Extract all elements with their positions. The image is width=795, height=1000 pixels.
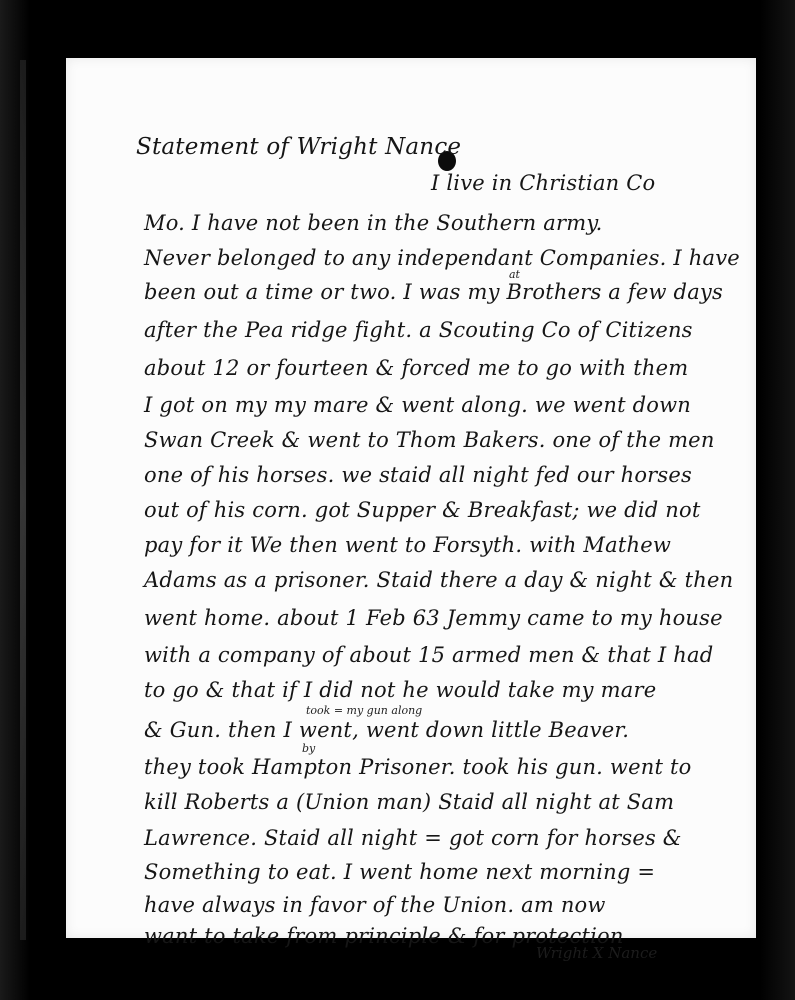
text-line-15: to go & that if I did not he would take …	[144, 678, 656, 702]
text-line-14: with a company of about 15 armed men & t…	[144, 643, 713, 667]
document-title: Statement of Wright Nance	[136, 134, 461, 160]
text-line-9: one of his horses. we staid all night fe…	[144, 463, 692, 487]
text-line-11: pay for it We then went to Forsyth. with…	[144, 533, 671, 557]
text-line-5: after the Pea ridge fight. a Scouting Co…	[144, 318, 693, 342]
text-line-3: Never belonged to any independant Compan…	[144, 246, 740, 270]
film-edge	[20, 60, 26, 940]
text-line-12: Adams as a prisoner. Staid there a day &…	[144, 568, 733, 592]
text-line-1: I live in Christian Co	[431, 171, 655, 195]
text-line-8: Swan Creek & went to Thom Bakers. one of…	[144, 428, 715, 452]
microfilm-frame: Statement of Wright Nance I live in Chri…	[0, 0, 795, 1000]
text-line-21: have always in favor of the Union. am no…	[144, 893, 606, 917]
text-line-10: out of his corn. got Supper & Breakfast;…	[144, 498, 700, 522]
text-line-4: been out a time or two. I was my Brother…	[144, 280, 723, 304]
text-line-7: I got on my my mare & went along. we wen…	[144, 393, 691, 417]
signature-mark: Wright X Nance	[536, 944, 657, 962]
text-line-18: kill Roberts a (Union man) Staid all nig…	[144, 790, 674, 814]
text-line-16: & Gun. then I went, went down little Bea…	[144, 718, 629, 742]
text-line-2: Mo. I have not been in the Southern army…	[144, 211, 602, 235]
text-line-13: went home. about 1 Feb 63 Jemmy came to …	[144, 606, 723, 630]
text-line-6: about 12 or fourteen & forced me to go w…	[144, 356, 688, 380]
document-page: Statement of Wright Nance I live in Chri…	[66, 58, 756, 938]
interlinear-note-by: by	[302, 742, 315, 755]
text-line-20: Something to eat. I went home next morni…	[144, 860, 655, 884]
interlinear-note-took-gun: took = my gun along	[306, 704, 422, 717]
text-line-19: Lawrence. Staid all night = got corn for…	[144, 826, 682, 850]
text-line-17: they took Hampton Prisoner. took his gun…	[144, 755, 691, 779]
